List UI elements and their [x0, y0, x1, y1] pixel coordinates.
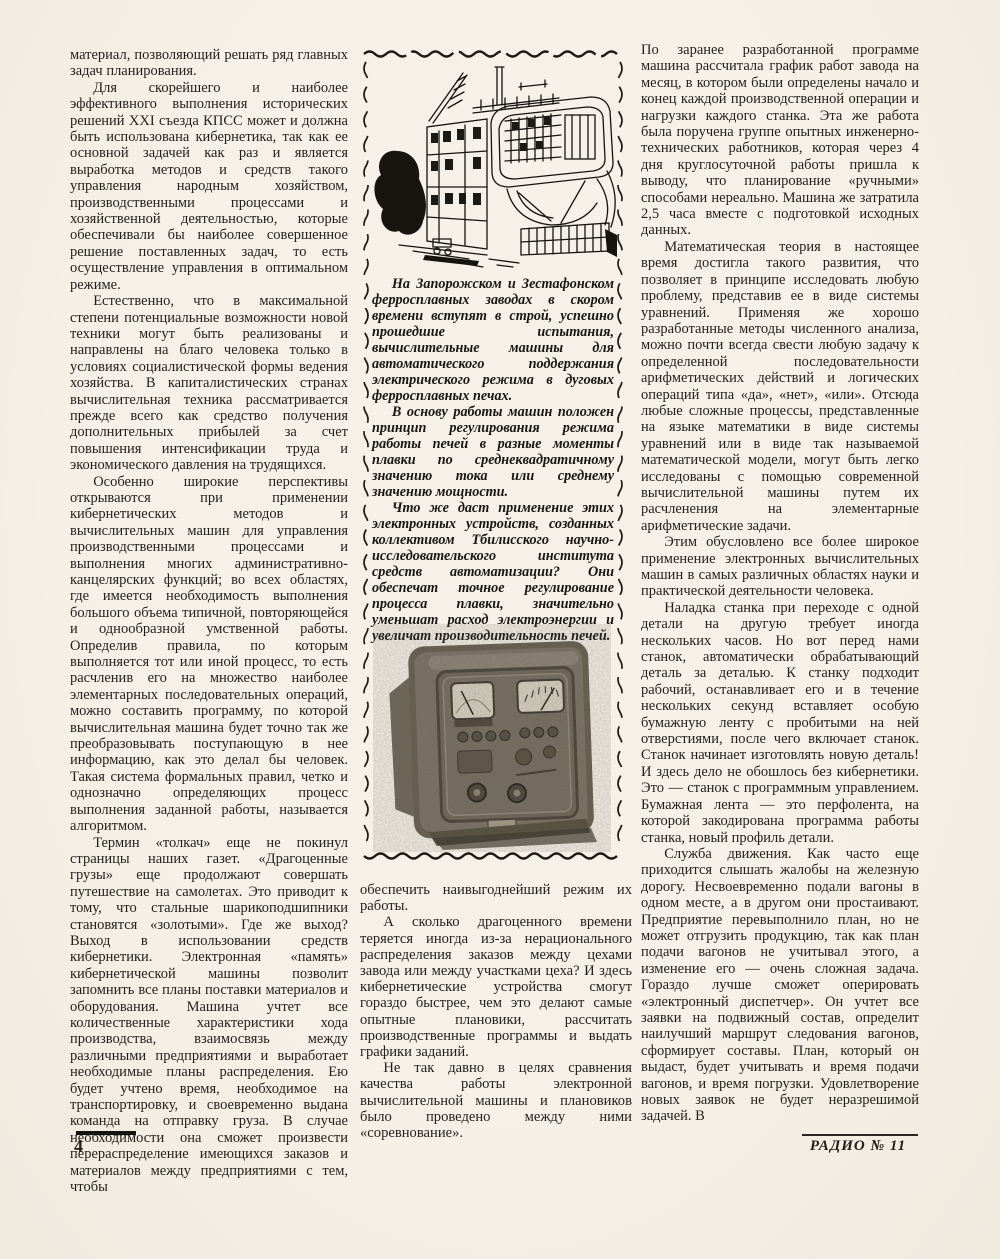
- paragraph: материал, позволяющий решать ряд главных…: [70, 47, 348, 80]
- paragraph: По заранее разработанной программе машин…: [641, 42, 919, 239]
- left-column: материал, позволяющий решать ряд главных…: [70, 47, 348, 1195]
- furnace-illustration: [369, 59, 617, 269]
- paragraph: Термин «толкач» еще не покинул страницы …: [70, 835, 348, 1196]
- paragraph: А сколько драгоценного времени теряется …: [360, 914, 632, 1060]
- paragraph: Не так давно в целях сравнения качества …: [360, 1060, 632, 1141]
- paragraph: Математическая теория в настоящее время …: [641, 239, 919, 534]
- paragraph: В основу работы машин положен принцип ре…: [372, 404, 614, 500]
- paragraph: Что же даст применение этих электронных …: [372, 500, 614, 644]
- boxed-insert: На Запорожском и Зестафонском ферросплав…: [358, 46, 628, 864]
- right-column: По заранее разработанной программе машин…: [641, 42, 919, 1125]
- paragraph: Наладка станка при переходе с одной дета…: [641, 600, 919, 846]
- page-number: 4: [74, 1136, 83, 1157]
- paragraph: обеспечить наивыгоднейший режим их работ…: [360, 882, 632, 914]
- magazine-page: материал, позволяющий решать ряд главных…: [0, 0, 1000, 1259]
- paragraph: На Запорожском и Зестафонском ферросплав…: [372, 276, 614, 404]
- middle-column-bottom: обеспечить наивыгоднейший режим их работ…: [360, 882, 632, 1141]
- control-cabinet-photo: [373, 624, 611, 852]
- magazine-title: РАДИО № 11: [796, 1138, 920, 1155]
- paragraph: Особенно широкие перспективы открываются…: [70, 474, 348, 835]
- footer-rule-left: [76, 1131, 136, 1135]
- insert-text: На Запорожском и Зестафонском ферросплав…: [372, 276, 614, 644]
- paragraph: Этим обусловлено все более широкое приме…: [641, 534, 919, 600]
- paragraph: Для скорейшего и наиболее эффективного в…: [70, 80, 348, 293]
- paragraph: Служба движения. Как часто еще приходитс…: [641, 846, 919, 1125]
- footer-rule-right: [802, 1134, 918, 1136]
- paragraph: Естественно, что в максимальной степени …: [70, 293, 348, 473]
